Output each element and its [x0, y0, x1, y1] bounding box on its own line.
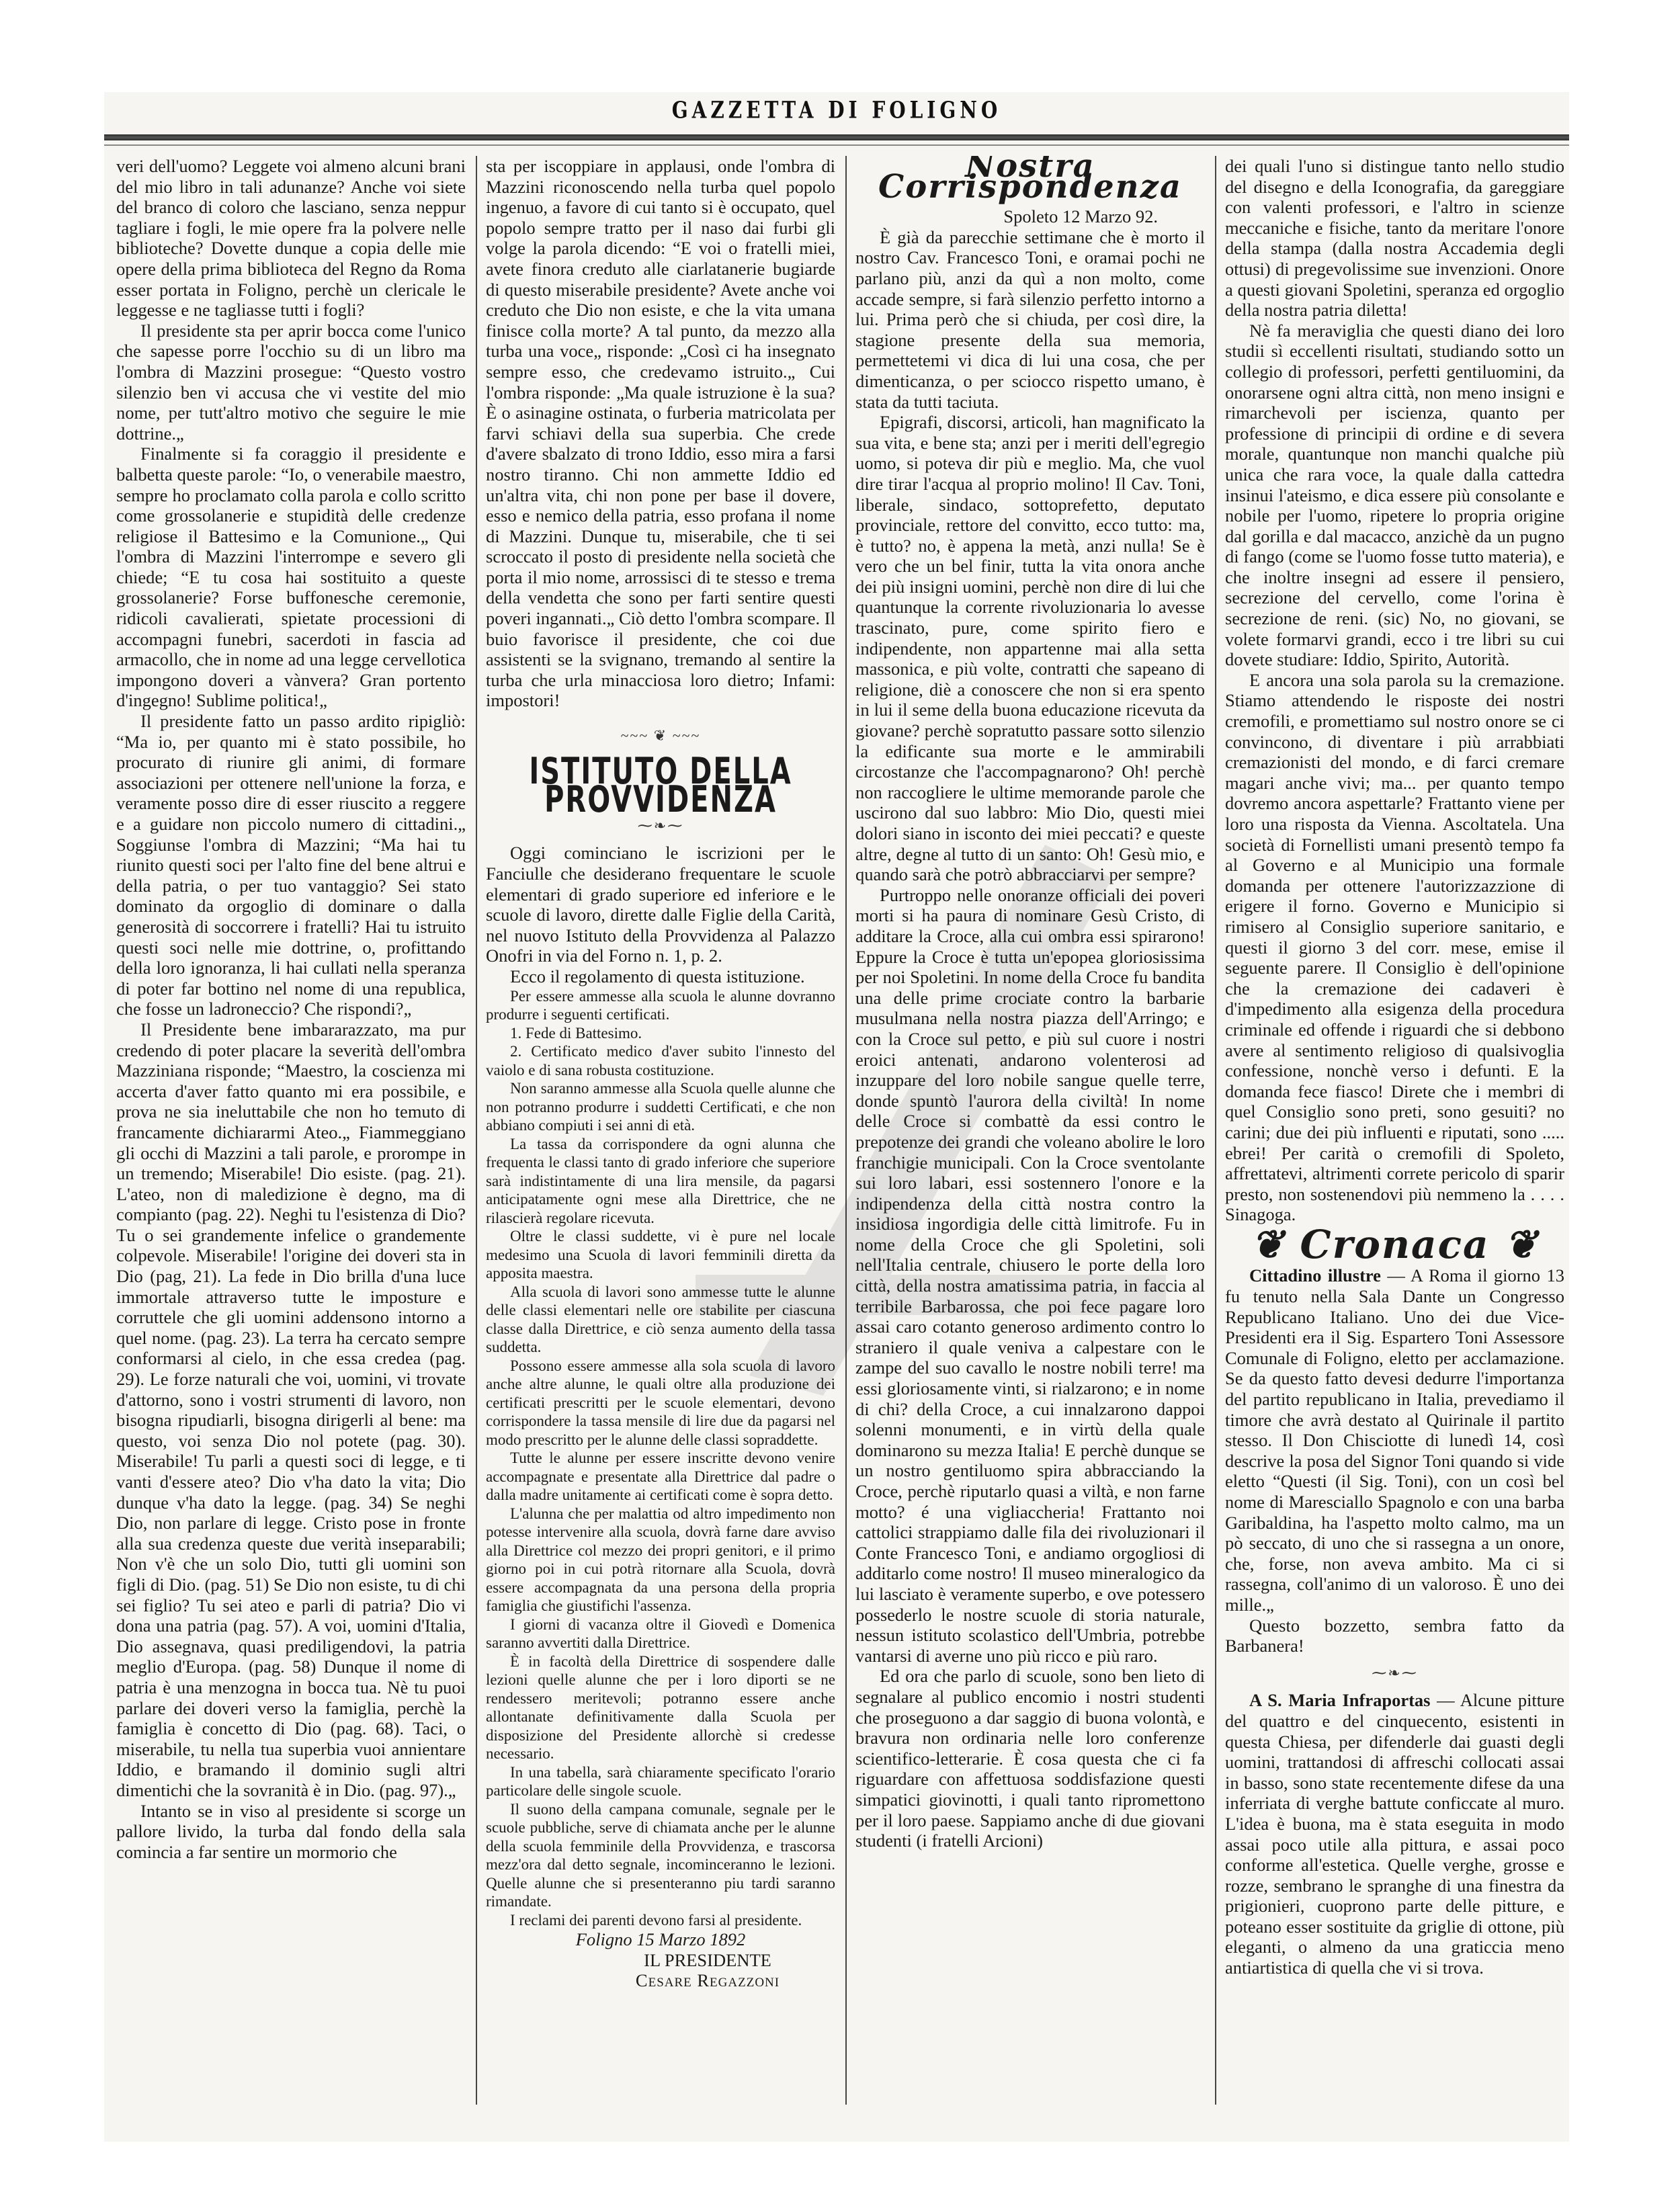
rule-item: La tassa da corrispondere da ogni alunna…	[486, 1135, 835, 1228]
column-divider	[1215, 156, 1216, 2105]
rule-item: 2. Certificato medico d'aver subito l'in…	[486, 1042, 835, 1079]
column-2: sta per iscoppiare in applausi, onde l'o…	[486, 156, 835, 2111]
paragraph: dei quali l'uno si distingue tanto nello…	[1225, 156, 1564, 321]
paragraph: E ancora una sola parola su la cremazion…	[1225, 670, 1564, 1225]
news-item: Cittadino illustre — A Roma il giorno 13…	[1225, 1265, 1564, 1615]
paragraph: Ed ora che parlo di scuole, sono ben lie…	[855, 1666, 1205, 1851]
rule-item: In una tabella, sarà chiaramente specifi…	[486, 1763, 835, 1800]
signer-title: IL PRESIDENTE	[486, 1950, 835, 1971]
paragraph: Ecco il regolamento di questa istituzion…	[486, 966, 835, 987]
paragraph: Epigrafi, discorsi, articoli, han magnif…	[855, 412, 1205, 885]
news-followup: Questo bozzetto, sembra fatto da Barbane…	[1225, 1615, 1564, 1656]
paragraph: Nè fa meraviglia che questi diano dei lo…	[1225, 321, 1564, 670]
column-1: veri dell'uomo? Leggete voi almeno alcun…	[116, 156, 466, 2111]
news-text: — Alcune pitture del quattro e del cinqu…	[1225, 1690, 1564, 1978]
paragraph: Il Presidente bene imbararazzato, ma pur…	[116, 1019, 466, 1801]
newspaper-page: GAZZETTA DI FOLIGNO veri dell'uomo? Legg…	[104, 92, 1569, 2142]
paragraph: veri dell'uomo? Leggete voi almeno alcun…	[116, 156, 466, 321]
rule-item: Il suono della campana comunale, segnale…	[486, 1800, 835, 1911]
rule-item: I reclami dei parenti devono farsi al pr…	[486, 1911, 835, 1930]
cronaca-label: Cronaca	[1300, 1222, 1489, 1267]
masthead: GAZZETTA DI FOLIGNO	[104, 92, 1569, 132]
column-3: Nostra Corrispondenza Spoleto 12 Marzo 9…	[855, 156, 1205, 2111]
masthead-rule	[104, 134, 1569, 140]
paragraph: Il presidente sta per aprir bocca come l…	[116, 321, 466, 444]
section-title-corrispondenza: Nostra Corrispondenza	[855, 156, 1205, 197]
ornament-small-icon: ⁓❧⁓	[1225, 1663, 1564, 1684]
rule-item: Tutte le alunne per essere inscritte dev…	[486, 1449, 835, 1505]
paragraph: Il presidente fatto un passo ardito ripi…	[116, 711, 466, 1019]
column-divider	[476, 156, 477, 2105]
newspaper-title: GAZZETTA DI FOLIGNO	[672, 96, 1002, 124]
section-title-istituto: ISTITUTO DELLA PROVVIDENZA	[486, 758, 835, 814]
masthead-rule-thin	[104, 144, 1569, 146]
paragraph: Intanto se in viso al presidente si scor…	[116, 1801, 466, 1863]
rule-item: 1. Fede di Battesimo.	[486, 1024, 835, 1043]
ornament-divider-icon: ~~~ ❦ ~~~	[486, 726, 835, 747]
rule-item: L'alunna che per malattia od altro imped…	[486, 1505, 835, 1615]
rule-item: Alla scuola di lavori sono ammesse tutte…	[486, 1283, 835, 1357]
paragraph: È già da parecchie settimane che è morto…	[855, 227, 1205, 412]
flourish-icon: ❦	[1505, 1222, 1539, 1267]
signer-name: Cesare Regazzoni	[486, 1970, 835, 1991]
section-title-cronaca: ❦ Cronaca ❦	[1225, 1234, 1564, 1255]
rule-item: Oltre le classi suddette, vi è pure nel …	[486, 1227, 835, 1283]
rule-item: Possono essere ammesse alla sola scuola …	[486, 1357, 835, 1449]
paragraph: Purtroppo nelle onoranze officiali dei p…	[855, 885, 1205, 1666]
date-line: Foligno 15 Marzo 1892	[486, 1929, 835, 1950]
rule-item: I giorni di vacanza oltre il Giovedì e D…	[486, 1615, 835, 1652]
news-item: A S. Maria Infraportas — Alcune pitture …	[1225, 1690, 1564, 1978]
news-heading: Cittadino illustre	[1249, 1265, 1381, 1285]
rule-item: Per essere ammesse alla scuola le alunne…	[486, 987, 835, 1024]
news-heading: A S. Maria Infraportas	[1249, 1690, 1430, 1710]
column-4: dei quali l'uno si distingue tanto nello…	[1225, 156, 1564, 2111]
paragraph: sta per iscoppiare in applausi, onde l'o…	[486, 156, 835, 711]
column-divider	[845, 156, 847, 2105]
paragraph: Finalmente si fa coraggio il presidente …	[116, 444, 466, 711]
rule-item: È in facoltà della Direttrice di sospend…	[486, 1652, 835, 1763]
rule-item: Non saranno ammesse alla Scuola quelle a…	[486, 1079, 835, 1135]
flourish-icon: ❦	[1251, 1222, 1286, 1267]
news-text: — A Roma il giorno 13 fu tenuto nella Sa…	[1225, 1265, 1564, 1615]
dateline: Spoleto 12 Marzo 92.	[855, 206, 1205, 227]
paragraph: Oggi cominciano le iscrizioni per le Fan…	[486, 843, 835, 966]
